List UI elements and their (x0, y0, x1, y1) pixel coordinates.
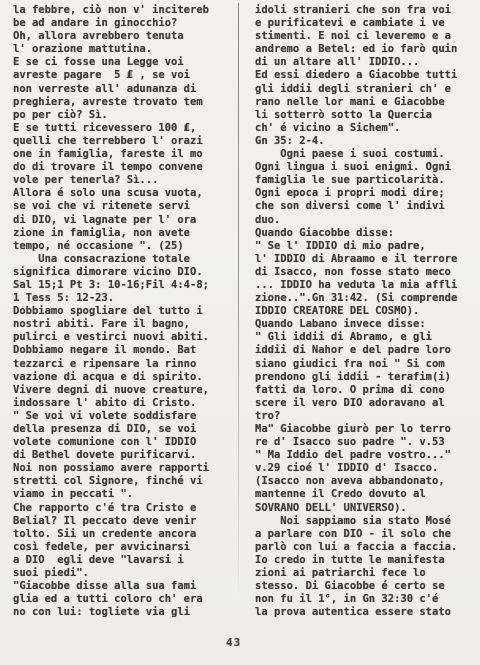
text-line: SOVRANO DELL' UNIVERSO). (255, 502, 477, 515)
text-line: e purificatevi e cambiate i ve (255, 17, 477, 30)
text-line: iddii di Nahor e del padre loro (255, 344, 477, 357)
text-line: parlò con lui a faccia a faccia. (255, 541, 477, 554)
text-line: duo. (255, 214, 477, 227)
page-number: 43 (226, 636, 241, 649)
text-line: Che rapporto c'é tra Cristo e (13, 502, 235, 515)
text-line: tro? (255, 410, 477, 423)
text-line: be ad andare in ginocchio? (13, 17, 235, 30)
text-line: prendono gli iddii - terafim(i) (255, 371, 477, 384)
text-line: vazione di acqua e di spirito. (13, 371, 235, 384)
text-line: Gn 35: 2-4. (255, 135, 477, 148)
text-line: Una consacrazione totale (13, 253, 235, 266)
text-line: Allora é solo una scusa vuota, (13, 187, 235, 200)
text-line: vole per tenerla? Sì... (13, 174, 235, 187)
text-line: Quando Giacobbe disse: (255, 227, 477, 240)
text-line: preghiera, avreste trovato tem (13, 96, 235, 109)
text-line: li sotterrò sotto la Quercia (255, 109, 477, 122)
text-line: Ogni paese i suoi costumi. (255, 148, 477, 161)
text-line: Io credo in tutte le manifesta (255, 554, 477, 567)
text-line: Quando Labano invece disse: (255, 318, 477, 331)
text-line: l' orazione mattutina. (13, 43, 235, 56)
text-line: IDDIO CREATORE DEL COSMO). (255, 305, 477, 318)
text-line: indossare l' abito di Cristo. (13, 397, 235, 410)
text-line: nostri abiti. Fare il bagno, (13, 318, 235, 331)
text-line: "Giacobbe disse alla sua fami (13, 580, 235, 593)
text-line: famiglia le sue particolarità. (255, 174, 477, 187)
text-line: quelli che terrebbero l' orazi (13, 135, 235, 148)
text-line: a parlare con DIO - il solo che (255, 528, 477, 541)
text-line: rano nelle lor mani e Giacobbe (255, 96, 477, 109)
text-line: l' IDDIO di Abraamo e il terrore (255, 253, 477, 266)
text-line: " Se l' IDDIO di mio padre, (255, 240, 477, 253)
right-text-column: idoli stranieri che son fra voie purific… (255, 4, 477, 619)
text-line: zione in famiglia, non avete (13, 227, 235, 240)
text-line: E se ci fosse una Legge voi (13, 56, 235, 69)
left-text-column: la febbre, ciò non v' inciterebbe ad and… (13, 4, 235, 619)
text-line: avreste pagare 5 ₤ , se voi (13, 69, 235, 82)
text-line: tezzarci e ripensare la rinno (13, 358, 235, 371)
text-line: " Gli iddii di Abramo, e gli (255, 331, 477, 344)
text-line: do di trovare il tempo convene (13, 161, 235, 174)
text-line: Dobbiamo spogliare del tutto i (13, 305, 235, 318)
text-line: Ma" Giacobbe giurò per lo terro (255, 423, 477, 436)
text-line: stesso. Di Giacobbe é certo se (255, 580, 477, 593)
text-line: mantenne il Credo dovuto al (255, 488, 477, 501)
text-line: stimenti. E noi ci leveremo e a (255, 30, 477, 43)
text-line: zione..".Gn 31:42. (Si comprende (255, 292, 477, 305)
text-line: gli iddii degli stranieri ch' e (255, 83, 477, 96)
text-line: idoli stranieri che son fra voi (255, 4, 477, 17)
text-line: viamo in peccati ". (13, 488, 235, 501)
text-line: a DIO egli deve "lavarsi i (13, 554, 235, 567)
text-line: andremo a Betel: ed io farò quin (255, 43, 477, 56)
text-line: ch' é vicino a Sichem". (255, 122, 477, 135)
text-line: così fedele, per avvicinarsi (13, 541, 235, 554)
text-line: glia ed a tutti coloro ch' era (13, 593, 235, 606)
text-line: Belial? Il peccato deve venir (13, 515, 235, 528)
text-line: se voi che vi ritenete servi (13, 200, 235, 213)
column-divider-line (238, 3, 239, 603)
text-line: " Ma Iddio del padre vostro..." (255, 449, 477, 462)
text-line: Dobbiamo negare il mondo. Bat (13, 344, 235, 357)
text-line: di un altare all' IDDIO... (255, 56, 477, 69)
text-line: fatti da loro. O prima di cono (255, 384, 477, 397)
text-line: Ogni epoca i propri modi dire; (255, 187, 477, 200)
text-line: Ogni lingua i suoi enigmi. Ogni (255, 161, 477, 174)
text-line: stretti col Signore, finché vi (13, 475, 235, 488)
text-line: non fu il 1°, in Gn 32:30 c'é (255, 593, 477, 606)
text-line: volete comunione con l' IDDIO (13, 436, 235, 449)
text-line: la febbre, ciò non v' incitereb (13, 4, 235, 17)
text-line: pulirci e vestirci nuovi abiti. (13, 331, 235, 344)
text-line: zioni ai patriarchi fece lo (255, 567, 477, 580)
text-line: tolto. Sii un credente ancora (13, 528, 235, 541)
text-line: di DIO, vi lagnate per l' ora (13, 214, 235, 227)
text-line: (Isacco non aveva abbandonato, (255, 475, 477, 488)
text-line: one in famiglia, fareste il mo (13, 148, 235, 161)
text-line: Ed essi diedero a Giacobbe tutti (255, 69, 477, 82)
text-line: " Se voi vi volete soddisfare (13, 410, 235, 423)
text-line: po per ciò? Sì. (13, 109, 235, 122)
text-line: ... IDDIO ha veduta la mia affli (255, 279, 477, 292)
text-line: re d' Isacco suo padre ". v.53 (255, 436, 477, 449)
text-line: non verreste all' adunanza di (13, 83, 235, 96)
text-line: Noi non possiamo avere rapporti (13, 462, 235, 475)
text-line: che son diversi come l' indivi (255, 200, 477, 213)
text-line: la prova autentica essere stato (255, 606, 477, 619)
text-line: significa dimorare vicino DIO. (13, 266, 235, 279)
text-line: Oh, allora avrebbero tenuta (13, 30, 235, 43)
text-line: no con lui: togliete via gli (13, 606, 235, 619)
scanned-document-page: la febbre, ciò non v' inciterebbe ad and… (0, 0, 480, 665)
text-line: Vivere degni di nuove creature, (13, 384, 235, 397)
text-line: Sal 15;1 Pt 3: 10-16;Fil 4:4-8; (13, 279, 235, 292)
text-line: tempo, né occasione ". (25) (13, 240, 235, 253)
text-line: 1 Tess 5: 12-23. (13, 292, 235, 305)
text-line: di Bethel dovete purificarvi. (13, 449, 235, 462)
text-line: E se tutti ricevessero 100 ₤, (13, 122, 235, 135)
text-line: Noi sappiamo sia stato Mosé (255, 515, 477, 528)
text-line: suoi piedi". (13, 567, 235, 580)
text-line: della presenza di DIO, se voi (13, 423, 235, 436)
text-line: scere il vero DIO adoravano al (255, 397, 477, 410)
text-line: siano giudici fra noi " Si com (255, 358, 477, 371)
text-line: v.29 cioé l' IDDIO d' Isacco. (255, 462, 477, 475)
text-line: di Isacco, non fosse stato meco (255, 266, 477, 279)
